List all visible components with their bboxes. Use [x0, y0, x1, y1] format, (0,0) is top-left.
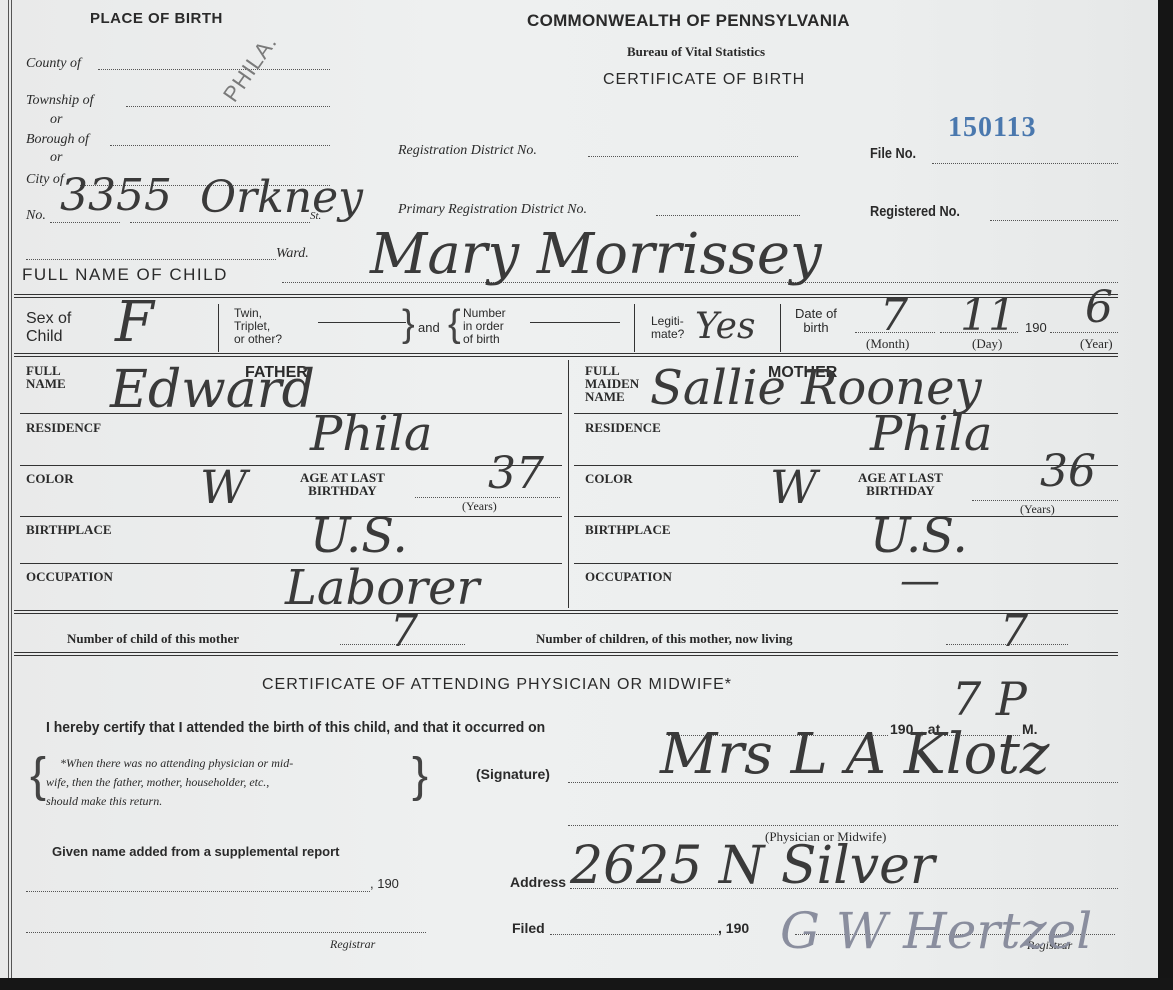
registered-no-label: Registered No.: [870, 203, 960, 220]
footnote-text: *When there was no attending physician o…: [46, 754, 293, 811]
supplemental-label: Given name added from a supplemental rep…: [52, 844, 340, 859]
street-name-value: Orkney: [200, 172, 363, 223]
left-border: [8, 0, 12, 978]
registered-no-field: [990, 220, 1118, 221]
or-label-2: or: [50, 150, 62, 166]
registration-district-field: [588, 156, 798, 157]
township-field: [126, 106, 330, 107]
certify-text: I hereby certify that I attended the bir…: [46, 719, 545, 736]
footnote-brace-right: }: [412, 750, 428, 802]
father-age-value: 37: [488, 448, 544, 499]
father-row-line-3: [20, 516, 562, 517]
divider-sex-twin: [218, 304, 219, 352]
father-birthplace-value: U.S.: [310, 508, 408, 564]
scan-bottom-edge: [0, 978, 1173, 990]
father-birthplace-label: BIRTHPLACE: [26, 522, 112, 538]
street-number-value: 3355: [60, 170, 172, 221]
mother-occupation-value: —: [900, 558, 940, 604]
father-residence-value: Phila: [310, 406, 433, 462]
mother-color-value: W: [770, 460, 817, 514]
mother-occupation-label: OCCUPATION: [585, 569, 672, 585]
mother-color-label: COLOR: [585, 471, 633, 487]
mother-residence-value: Phila: [870, 406, 993, 462]
divider-father-mother: [568, 360, 569, 608]
order-value-dash: [530, 322, 620, 323]
registrar-signature: G W Hertzel: [780, 902, 1092, 960]
father-occupation-value: Laborer: [285, 560, 479, 616]
borough-label: Borough of: [26, 132, 89, 148]
month-caption: (Month): [866, 336, 909, 352]
supplemental-year: , 190: [370, 876, 399, 891]
rule-below-child-row: [14, 353, 1118, 357]
mother-age-label: AGE AT LAST BIRTHDAY: [858, 471, 943, 497]
mother-residence-label: RESIDENCE: [585, 420, 661, 436]
sex-value: F: [115, 290, 154, 355]
primary-district-label: Primary Registration District No.: [398, 202, 587, 218]
filed-label: Filed: [512, 920, 545, 936]
filed-year: , 190: [718, 920, 749, 936]
bureau-title: Bureau of Vital Statistics: [627, 44, 765, 60]
birth-certificate-page: PLACE OF BIRTH COMMONWEALTH OF PENNSYLVA…: [0, 0, 1158, 978]
rule-above-child-row: [14, 294, 1118, 298]
father-occupation-label: OCCUPATION: [26, 569, 113, 585]
township-label: Township of: [26, 93, 94, 109]
number-of-child-value: 7: [390, 606, 418, 657]
dob-month-value: 7: [880, 290, 908, 341]
file-no-label: File No.: [870, 145, 916, 162]
left-registrar-caption: Registrar: [330, 937, 375, 952]
dob-label: Date of birth: [795, 307, 837, 335]
and-label: and: [418, 320, 440, 335]
place-of-birth-heading: PLACE OF BIRTH: [90, 10, 223, 27]
legitimate-value: Yes: [695, 306, 755, 347]
physician-signature: Mrs L A Klotz: [660, 722, 1049, 787]
address-label: Address: [510, 874, 566, 890]
dob-day-value: 11: [960, 290, 1016, 341]
father-residence-label: RESIDENCF: [26, 420, 101, 436]
father-age-label: AGE AT LAST BIRTHDAY: [300, 471, 385, 497]
ward-field: [26, 259, 276, 260]
scan-right-edge: [1158, 0, 1173, 990]
street-number-label: No.: [26, 208, 46, 224]
mother-row-line-2: [574, 465, 1118, 466]
borough-field: [110, 145, 330, 146]
certificate-title: CERTIFICATE OF BIRTH: [603, 71, 805, 89]
dob-year-prefix: 190: [1025, 320, 1047, 335]
mother-age-field: [972, 500, 1118, 501]
mother-full-name-label: FULL MAIDEN NAME: [585, 364, 639, 403]
street-number-field: [50, 222, 120, 223]
address-value: 2625 N Silver: [570, 836, 935, 896]
left-registrar-field: [26, 932, 426, 933]
mother-years-caption: (Years): [1020, 502, 1055, 517]
twin-label: Twin, Triplet, or other?: [234, 307, 282, 346]
twin-value-dash: [318, 322, 406, 323]
county-field: [98, 69, 330, 70]
time-value: 7 P: [952, 672, 1027, 726]
commonwealth-title: COMMONWEALTH OF PENNSYLVANIA: [527, 11, 850, 31]
supplemental-name-field: [26, 891, 370, 892]
filed-field: [550, 934, 718, 935]
father-row-line-2: [20, 465, 562, 466]
now-living-label: Number of children, of this mother, now …: [536, 631, 793, 647]
file-number-stamp: 150113: [948, 112, 1036, 144]
city-label: City of: [26, 172, 64, 188]
father-full-name-label: FULL NAME: [26, 364, 66, 390]
dob-year-value: 6: [1085, 282, 1113, 333]
father-years-caption: (Years): [462, 499, 497, 514]
father-color-label: COLOR: [26, 471, 74, 487]
now-living-value: 7: [1000, 606, 1028, 657]
divider-order-legit: [634, 304, 635, 352]
sex-label: Sex of Child: [26, 310, 71, 346]
legitimate-label: Legiti- mate?: [651, 315, 684, 341]
signature-second-line: [568, 825, 1118, 826]
physician-heading: CERTIFICATE OF ATTENDING PHYSICIAN OR MI…: [262, 676, 732, 694]
number-of-child-label: Number of child of this mother: [67, 631, 239, 647]
divider-legit-dob: [780, 304, 781, 352]
mother-age-value: 36: [1040, 446, 1096, 497]
file-no-field: [932, 163, 1118, 164]
or-label-1: or: [50, 112, 62, 128]
order-label: Number in order of birth: [463, 307, 506, 346]
signature-label: (Signature): [476, 766, 550, 782]
ward-label: Ward.: [276, 246, 309, 262]
mother-birthplace-label: BIRTHPLACE: [585, 522, 671, 538]
father-color-value: W: [200, 460, 247, 514]
child-full-name-value: Mary Morrissey: [370, 222, 822, 287]
primary-district-field: [656, 215, 800, 216]
year-caption: (Year): [1080, 336, 1113, 352]
brace-left: {: [448, 304, 461, 344]
mother-row-line-4: [574, 563, 1118, 564]
rule-below-parents: [14, 610, 1118, 614]
rule-below-children: [14, 652, 1118, 656]
footnote-brace-left: {: [30, 750, 46, 802]
county-label: County of: [26, 56, 81, 72]
child-full-name-label: FULL NAME OF CHILD: [22, 265, 228, 285]
day-caption: (Day): [972, 336, 1002, 352]
father-full-name-value: Edward: [110, 360, 315, 420]
mother-birthplace-value: U.S.: [870, 508, 968, 564]
brace-right: }: [402, 304, 415, 344]
registration-district-label: Registration District No.: [398, 143, 537, 159]
